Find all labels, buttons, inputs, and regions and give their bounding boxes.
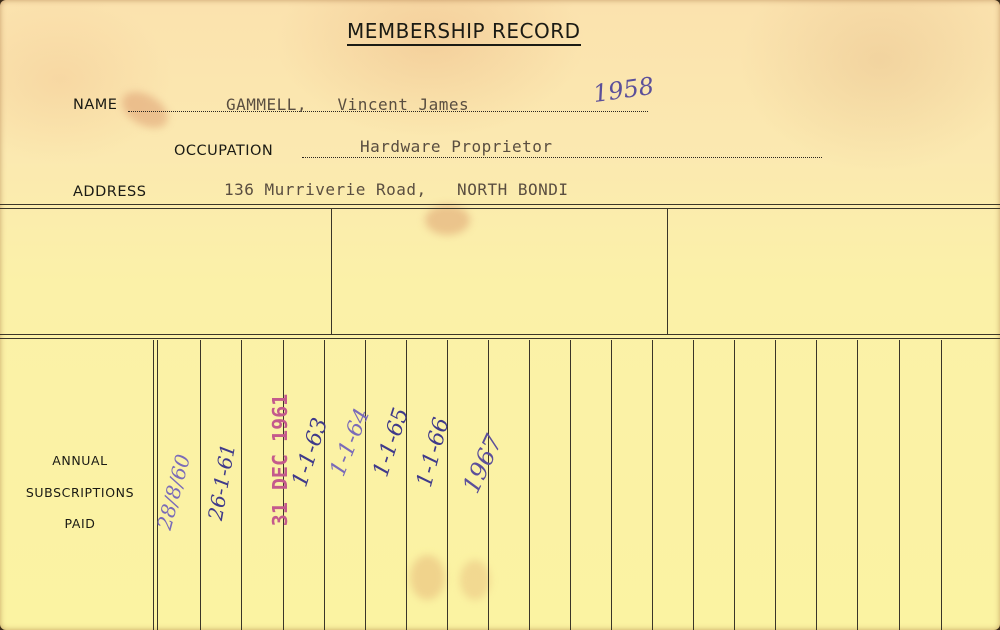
- grid-line: [200, 340, 201, 630]
- grid-line: [611, 340, 612, 630]
- address-value: 136 Murriverie Road, NORTH BONDI: [224, 180, 569, 199]
- name-label: NAME: [73, 97, 117, 113]
- occupation-dotted-line: [302, 157, 822, 158]
- section-divider: [331, 209, 332, 334]
- occupation-value: Hardware Proprietor: [360, 137, 553, 156]
- divider-rule: [0, 338, 1000, 339]
- grid-line: [941, 340, 942, 630]
- grid-line: [157, 340, 158, 630]
- subscription-entry-2: 26-1-61: [203, 442, 240, 522]
- grid-line: [775, 340, 776, 630]
- subscriptions-label-line-2: SUBSCRIPTIONS: [5, 485, 155, 500]
- divider-rule: [0, 204, 1000, 205]
- stain: [425, 205, 470, 235]
- subscription-entry-5: 1-1-64: [326, 405, 376, 480]
- grid-line: [406, 340, 407, 630]
- stain: [410, 555, 445, 600]
- grid-line: [734, 340, 735, 630]
- subscriptions-label-line-3: PAID: [5, 516, 155, 531]
- name-value: GAMMELL, Vincent James: [226, 95, 469, 114]
- subscription-entry-8: 1967: [457, 430, 508, 497]
- grid-line: [447, 340, 448, 630]
- stain: [116, 85, 174, 136]
- year-joined-handwritten: 1958: [591, 72, 655, 108]
- subscription-entry-7: 1-1-66: [412, 415, 454, 490]
- subscription-entry-6: 1-1-65: [369, 405, 415, 480]
- card-title: MEMBERSHIP RECORD: [347, 18, 581, 46]
- occupation-label: OCCUPATION: [174, 143, 273, 159]
- grid-line: [324, 340, 325, 630]
- subscription-stamp-1961: 31 DEC 1961: [268, 394, 292, 526]
- grid-line: [857, 340, 858, 630]
- grid-line: [570, 340, 571, 630]
- grid-line: [365, 340, 366, 630]
- subscription-entry-4: 1-1-63: [288, 415, 334, 490]
- subscriptions-label-line-1: ANNUAL: [5, 453, 155, 468]
- grid-line: [899, 340, 900, 630]
- section-divider: [667, 209, 668, 334]
- divider-rule: [0, 208, 1000, 209]
- membership-record-card: MEMBERSHIP RECORD NAME GAMMELL, Vincent …: [0, 0, 1000, 630]
- stain: [460, 560, 490, 600]
- subscription-entry-1: 28/8/60: [152, 452, 195, 533]
- grid-line: [241, 340, 242, 630]
- grid-line: [652, 340, 653, 630]
- address-label: ADDRESS: [73, 184, 146, 200]
- grid-line: [529, 340, 530, 630]
- grid-line: [816, 340, 817, 630]
- divider-rule: [0, 334, 1000, 335]
- grid-line: [693, 340, 694, 630]
